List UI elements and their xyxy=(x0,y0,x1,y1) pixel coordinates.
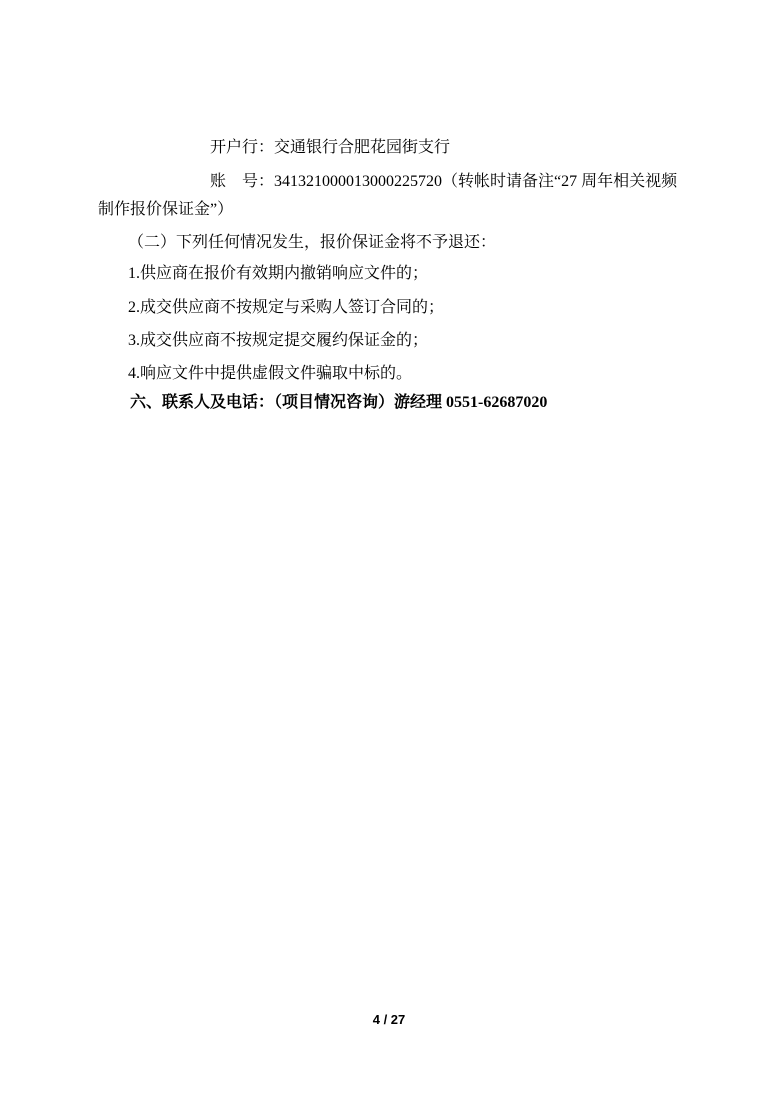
list-item-3: 3.成交供应商不按规定提交履约保证金的； xyxy=(128,333,428,349)
clause-two-heading: （二）下列任何情况发生，报价保证金将不予退还： xyxy=(128,235,496,251)
account-number-line-continuation: 制作报价保证金”） xyxy=(98,202,233,218)
list-item-1: 1.供应商在报价有效期内撤销响应文件的； xyxy=(128,266,428,282)
bank-branch-line: 开户行：交通银行合肥花园街支行 xyxy=(210,140,450,156)
account-number-line: 账 号：341321000013000225720（转帐时请备注“27 周年相关… xyxy=(210,174,677,190)
document-page: 开户行：交通银行合肥花园街支行 账 号：34132100001300022572… xyxy=(0,0,778,1104)
list-item-4: 4.响应文件中提供虚假文件骗取中标的。 xyxy=(128,366,412,382)
contact-person-line: 六、联系人及电话：（项目情况咨询）游经理 0551-62687020 xyxy=(130,395,547,411)
list-item-2: 2.成交供应商不按规定与采购人签订合同的； xyxy=(128,300,444,316)
page-number: 4 / 27 xyxy=(0,1012,778,1027)
